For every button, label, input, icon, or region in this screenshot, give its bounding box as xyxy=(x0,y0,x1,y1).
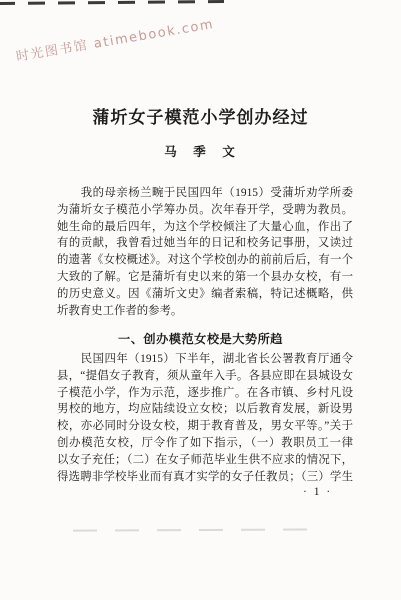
paragraph-section-one: 民国四年（1915）下半年，湖北省长公署教育厅通令各县，“提倡女子教育，须从童年… xyxy=(57,351,353,485)
text-line: 以女子充任；（二）在女子师范毕业生供不应求的情况下， xyxy=(57,452,353,469)
text-line: 她生命的最后四年，为这个学校倾注了大量心血，作出了应 xyxy=(57,219,353,236)
paragraph-intro: 我的母亲杨兰畹于民国四年（1915）受蒲圻劝学所委派为蒲圻女子模范小学筹办员。次… xyxy=(57,185,353,319)
text-line: 男校的地方，均应陆续设立女校；以后教育发展，新设男 xyxy=(57,401,353,418)
scan-edge-dashes xyxy=(0,0,224,5)
text-line: 我的母亲杨兰畹于民国四年（1915）受蒲圻劝学所委派 xyxy=(57,185,353,202)
scan-bleed-artifact xyxy=(73,528,323,531)
text-line: 的历史意义。因《蒲圻文史》编者索稿，特记述概略，供蒲 xyxy=(57,286,353,303)
text-line: 为蒲圻女子模范小学筹办员。次年春开学，受聘为教员。在 xyxy=(57,202,353,219)
text-line: 县，“提倡女子教育，须从童年入手。各县应即在县城设女 xyxy=(57,368,353,385)
section-heading: 一、创办模范女校是大势所趋 xyxy=(0,330,401,347)
text-line: 民国四年（1915）下半年，湖北省长公署教育厅通令各 xyxy=(57,351,353,368)
text-line: 有的贡献，我曾看过她当年的日记和校务记事册，又读过她 xyxy=(57,235,353,252)
text-line: 大致的了解。它是蒲圻有史以来的第一个县办女校，有一定 xyxy=(57,269,353,286)
text-line: 的遗著《女校概述》。对这个学校创办的前前后后，有一个 xyxy=(57,252,353,269)
text-line: 创办模范女校，厅令作了如下指示，（一）教职员工一律 xyxy=(57,435,353,452)
page-number: · 1 · xyxy=(303,486,332,498)
author-name: 马 季 文 xyxy=(0,142,401,160)
article-title: 蒲圻女子模范小学创办经过 xyxy=(0,103,401,128)
text-line: 圻教育史工作者的参考。 xyxy=(57,303,353,320)
document-page: 时光图书馆 atimebook.com 蒲圻女子模范小学创办经过 马 季 文 我… xyxy=(0,0,401,600)
text-line: 得选聘非学校毕业而有真才实学的女子任教员；（三）学生 xyxy=(57,469,353,486)
text-line: 子模范小学，作为示范，逐步推广。在各市镇、乡村凡设有 xyxy=(57,385,353,402)
watermark: 时光图书馆 atimebook.com xyxy=(14,13,215,65)
text-line: 校，亦必同时分设女校，期于教育普及，男女平等。”关于 xyxy=(57,418,353,435)
